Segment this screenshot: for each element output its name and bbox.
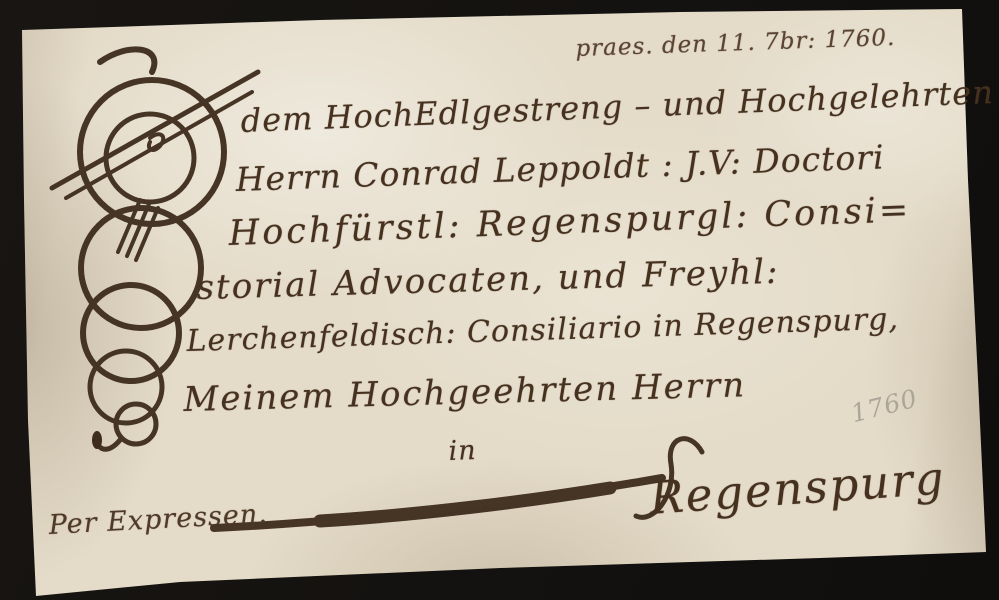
preposition-in: in (448, 435, 477, 467)
letter-photo-scene: praes. den 11. 7br: 1760. dem HochEdlges… (0, 0, 999, 600)
